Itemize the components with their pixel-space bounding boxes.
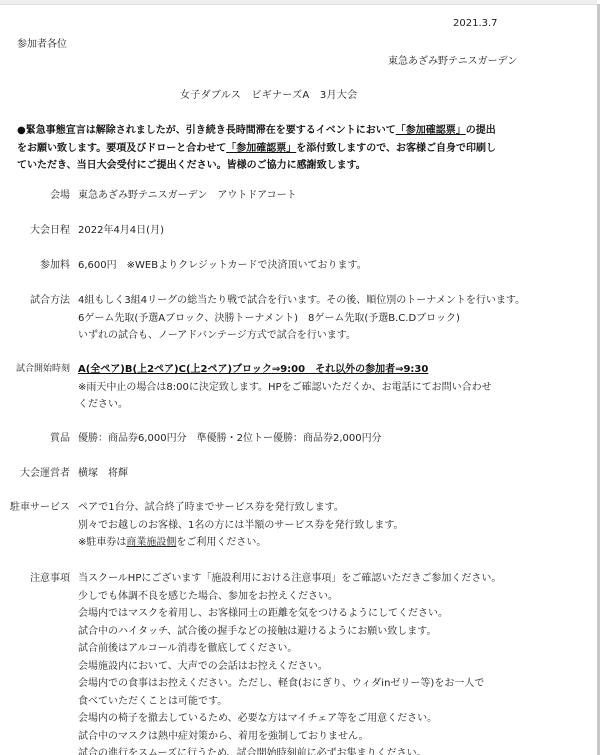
note-line: 試合前後はアルコール消毒を徹底してください。	[78, 640, 501, 658]
notice-line-2: をお願い致します。要項及びドローと合わせて「参加確認票」を添付致しますので、お客…	[17, 140, 537, 158]
notice-line-1: ●緊急事態宣言は解除されましたが、引き続き長時間滞在を要するイベントにおいて「参…	[17, 122, 537, 140]
detail-label: 大会運営者	[0, 465, 70, 483]
format-line: いずれの試合も、ノーアドバンテージ方式で試合を行います。	[78, 327, 525, 345]
parking-line: ※駐車券は商業施設側をご利用ください。	[78, 534, 404, 552]
note-line: 会場内ではマスクを着用し、お客様同士の距離を気をつけるようにしてください。	[78, 605, 501, 623]
document-date: 2021.3.7	[453, 17, 498, 31]
note-line: 食べていただくことは可能です。	[78, 693, 501, 711]
detail-value: 横塚 将輝	[78, 465, 128, 483]
format-line: 6ゲーム先取(予選Aブロック、決勝トーナメント) 8ゲーム先取(予選B.C.Dブ…	[78, 310, 525, 328]
note-line: 少しでも体調不良を感じた場合、参加をお控えください。	[78, 588, 501, 606]
format-line: 4組もしく3組4リーグの総当たり戦で試合を行います。その後、順位別のトーナメント…	[78, 292, 525, 310]
note-line: 会場施設内において、大声での会話はお控えください。	[78, 658, 501, 676]
notice-text: を添付致しますので、お客様ご自身で印刷し	[296, 143, 496, 154]
start-time-note: ※雨天中止の場合は8:00に決定致します。HPをご確認いただくか、お電話にてお問…	[78, 379, 492, 397]
notice-text: ●緊急事態宣言は解除されましたが、引き続き長時間滞在を要するイベントにおいて	[17, 125, 396, 136]
document-title: 女子ダブルス ビギナーズA 3月大会	[180, 89, 357, 103]
parking-line: 別々でお越しのお客様、1名の方には半額のサービス券を発行致します。	[78, 517, 404, 535]
parking-line: ペアで1台分、試合終了時までサービス券を発行致します。	[78, 499, 404, 517]
detail-value: ペアで1台分、試合終了時までサービス券を発行致します。 別々でお越しのお客様、1…	[78, 499, 404, 552]
note-line: 試合の進行をスムーズに行うため、試合開始時刻前に必ずお集まりください。	[78, 745, 501, 755]
detail-value: 2022年4月4日(月)	[78, 222, 164, 240]
commercial-facility-link: 商業施設側	[126, 537, 176, 548]
confirmation-form-link: 「参加確認票」	[226, 143, 296, 154]
detail-label: 駐車サービス	[0, 499, 70, 517]
detail-label: 賞品	[0, 430, 70, 448]
detail-value: 4組もしく3組4リーグの総当たり戦で試合を行います。その後、順位別のトーナメント…	[78, 292, 525, 345]
document-page: 2021.3.7 参加者各位 東急あざみ野テニスガーデン 女子ダブルス ビギナー…	[0, 5, 597, 755]
covid-notice: ●緊急事態宣言は解除されましたが、引き続き長時間滞在を要するイベントにおいて「参…	[17, 122, 537, 175]
detail-label: 試合開始時刻	[0, 361, 70, 379]
detail-label: 会場	[0, 187, 70, 205]
parking-text: ※駐車券は	[78, 537, 126, 548]
notice-text: の提出	[466, 125, 496, 136]
detail-label: 注意事項	[0, 570, 70, 588]
detail-label: 参加料	[0, 257, 70, 275]
note-line: 会場内での食事はお控えください。ただし、軽食(おにぎり、ウィダinゼリー等)をお…	[78, 675, 501, 693]
detail-value: 当スクールHPにございます「施設利用における注意事項」をご確認いただきご参加くだ…	[78, 570, 501, 755]
detail-value: A(全ペア)B(上2ペア)C(上2ペア)ブロック⇒9:00 それ以外の参加者⇒9…	[78, 361, 492, 414]
parking-text: をご利用ください。	[176, 537, 266, 548]
detail-label: 試合方法	[0, 292, 70, 310]
detail-value: 東急あざみ野テニスガーデン アウトドアコート	[78, 187, 297, 205]
sender: 東急あざみ野テニスガーデン	[388, 55, 517, 69]
detail-label: 大会日程	[0, 222, 70, 240]
note-line: 当スクールHPにございます「施設利用における注意事項」をご確認いただきご参加くだ…	[78, 570, 501, 588]
recipient: 参加者各位	[17, 38, 67, 52]
notice-text: をお願い致します。要項及びドローと合わせて	[17, 143, 226, 154]
detail-value: 優勝：商品券6,000円分 準優勝・2位トー優勝：商品券2,000円分	[78, 430, 382, 448]
detail-value: 6,600円 ※WEBよりクレジットカードで決済頂いております。	[78, 257, 367, 275]
notice-line-3: ていただき、当日大会受付にご提出ください。皆様のご協力に感謝致します。	[17, 157, 537, 175]
start-time-highlight: A(全ペア)B(上2ペア)C(上2ペア)ブロック⇒9:00 それ以外の参加者⇒9…	[78, 361, 492, 379]
note-line: 試合中のマスクは熱中症対策から、着用を強制しておりません。	[78, 728, 501, 746]
note-line: 会場内の椅子を撤去しているため、必要な方はマイチェア等をご用意ください。	[78, 710, 501, 728]
start-time-note: ください。	[78, 396, 492, 414]
confirmation-form-link: 「参加確認票」	[396, 125, 466, 136]
note-line: 試合中のハイタッチ、試合後の握手などの接触は避けるようにお願い致します。	[78, 623, 501, 641]
